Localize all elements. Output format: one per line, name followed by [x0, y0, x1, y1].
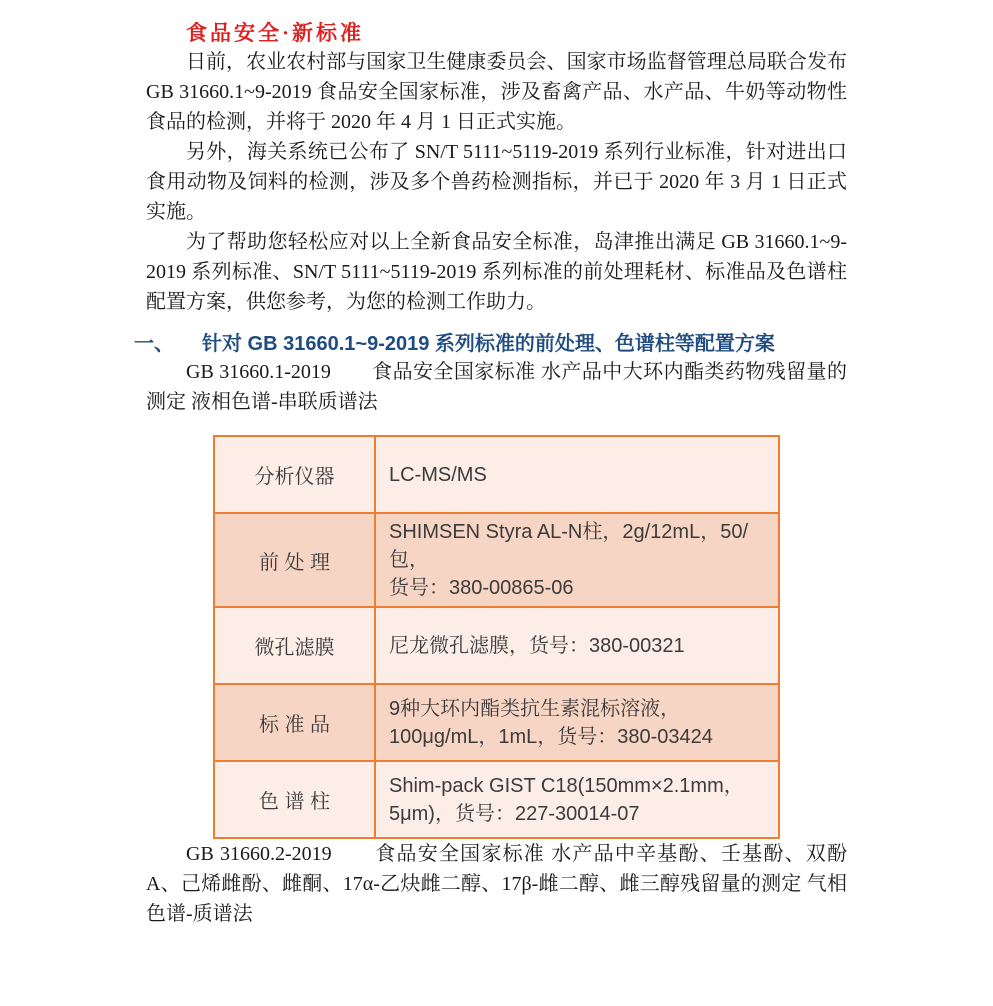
- paragraph-customs-standard-announcement: 另外，海关系统已公布了 SN/T 5111~5119-2019 系列行业标准，针…: [146, 137, 847, 227]
- paragraph-gb-standard-announcement: 日前，农业农村部与国家卫生健康委员会、国家市场监督管理总局联合发布 GB 316…: [146, 47, 847, 137]
- table-row-pretreatment: 前 处 理 SHIMSEN Styra AL-N柱，2g/12mL，50/包， …: [214, 513, 779, 607]
- table-row-analyzer: 分析仪器 LC-MS/MS: [214, 436, 779, 513]
- paragraph-shimadzu-solution: 为了帮助您轻松应对以上全新食品安全标准，岛津推出满足 GB 31660.1~9-…: [146, 227, 847, 317]
- row-label: 前 处 理: [214, 513, 375, 607]
- config-table: 分析仪器 LC-MS/MS 前 处 理 SHIMSEN Styra AL-N柱，…: [213, 435, 780, 839]
- row-value: 9种大环内酯类抗生素混标溶液， 100μg/mL，1mL，货号：380-0342…: [375, 684, 779, 761]
- table-row-column: 色 谱 柱 Shim-pack GIST C18(150mm×2.1mm， 5μ…: [214, 761, 779, 838]
- table-row-membrane: 微孔滤膜 尼龙微孔滤膜，货号：380-00321: [214, 607, 779, 684]
- standard1-intro: GB 31660.1-2019 食品安全国家标准 水产品中大环内酯类药物残留量的…: [146, 357, 847, 417]
- row-value: LC-MS/MS: [375, 436, 779, 513]
- document-title: 食品安全·新标准: [146, 20, 847, 47]
- section-title: 针对 GB 31660.1~9-2019 系列标准的前处理、色谱柱等配置方案: [202, 333, 775, 355]
- row-label: 分析仪器: [214, 436, 375, 513]
- table-row-standard-sample: 标 准 品 9种大环内酯类抗生素混标溶液， 100μg/mL，1mL，货号：38…: [214, 684, 779, 761]
- row-value: SHIMSEN Styra AL-N柱，2g/12mL，50/包， 货号：380…: [375, 513, 779, 607]
- row-label: 色 谱 柱: [214, 761, 375, 838]
- row-label: 标 准 品: [214, 684, 375, 761]
- document-page: 食品安全·新标准 日前，农业农村部与国家卫生健康委员会、国家市场监督管理总局联合…: [0, 0, 993, 1006]
- section-heading: 一、针对 GB 31660.1~9-2019 系列标准的前处理、色谱柱等配置方案: [134, 331, 847, 357]
- section-number: 一、: [134, 331, 174, 357]
- row-label: 微孔滤膜: [214, 607, 375, 684]
- row-value: 尼龙微孔滤膜，货号：380-00321: [375, 607, 779, 684]
- row-value: Shim-pack GIST C18(150mm×2.1mm， 5μm)，货号：…: [375, 761, 779, 838]
- standard2-intro: GB 31660.2-2019 食品安全国家标准 水产品中辛基酚、壬基酚、双酚 …: [146, 839, 847, 929]
- document-content: 食品安全·新标准 日前，农业农村部与国家卫生健康委员会、国家市场监督管理总局联合…: [146, 20, 847, 929]
- config-table-body: 分析仪器 LC-MS/MS 前 处 理 SHIMSEN Styra AL-N柱，…: [214, 436, 779, 838]
